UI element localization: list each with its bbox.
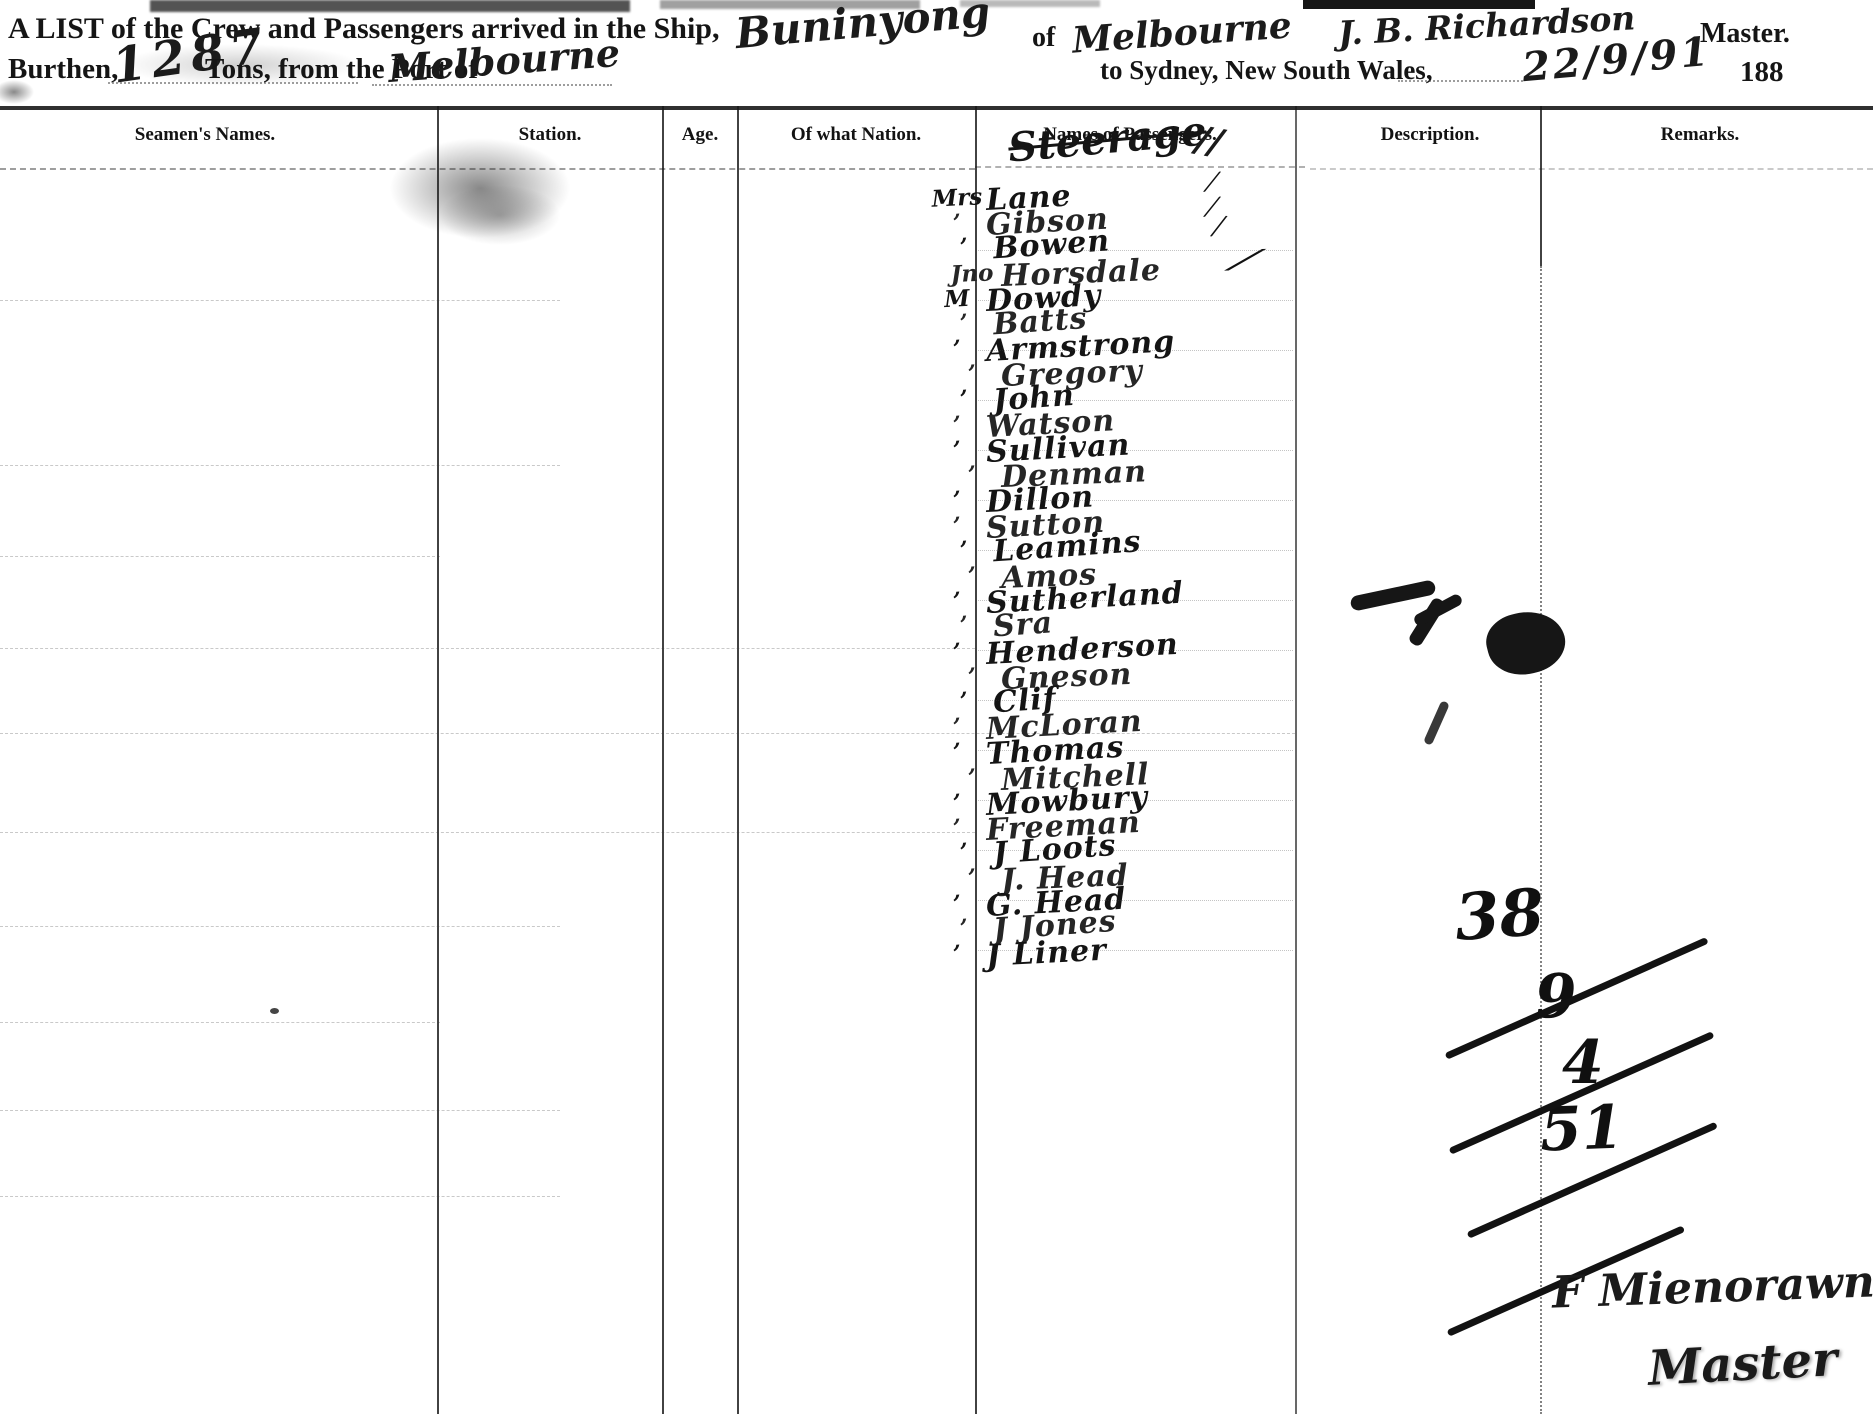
passenger-name: J Liner [985, 933, 1108, 974]
faint-row-rule [0, 926, 560, 927]
passenger-row-rule [978, 250, 1293, 251]
scan-smudge-top [150, 0, 630, 12]
steerage-heading-handwritten: Steerage [1006, 107, 1208, 171]
passenger-row-rule [978, 550, 1293, 551]
column-header-seamen-s-names: Seamen's Names. [135, 124, 275, 146]
passenger-check-mark: ∕ [1215, 208, 1222, 245]
scanned-ship-passenger-list-page: A LIST of the Crew and Passengers arrive… [0, 0, 1873, 1414]
scan-smudge-station-column [440, 185, 560, 245]
column-rule-station-age [662, 106, 664, 1414]
faint-row-rule [0, 465, 560, 466]
passenger-row-rule [978, 500, 1293, 501]
signature-handwritten: F Mienorawn [1551, 1256, 1873, 1318]
faint-row-rule [0, 1022, 440, 1023]
faint-row-rule [0, 1110, 560, 1111]
ink-blot [1423, 700, 1450, 746]
passenger-row-rule [978, 950, 1293, 951]
passenger-row-rule [978, 300, 1293, 301]
label-master: Master. [1700, 18, 1790, 50]
passenger-row-rule [978, 650, 1293, 651]
passenger-row-rule [978, 900, 1293, 901]
label-of: of [1032, 22, 1055, 54]
passenger-row-rule [978, 450, 1293, 451]
faint-row-rule [0, 1196, 560, 1197]
column-rule-description-remarks [1540, 106, 1542, 266]
dotted-leader [1398, 80, 1523, 82]
column-header-remarks: Remarks. [1661, 124, 1740, 146]
passenger-prefix: ’ [927, 737, 986, 767]
table-top-rule [0, 106, 1873, 110]
registry-port-handwritten: Melbourne [1071, 4, 1293, 61]
faint-row-rule [0, 300, 560, 301]
column-rule-seamen-station [437, 106, 439, 1414]
passenger-row-rule [978, 400, 1293, 401]
label-destination: to Sydney, New South Wales, [1100, 55, 1433, 86]
column-rule-age-nation [737, 106, 739, 1414]
passenger-row-rule [978, 600, 1293, 601]
ink-blot [1481, 603, 1572, 682]
passenger-prefix: ’ [934, 232, 994, 263]
passenger-row-rule [978, 800, 1293, 801]
ship-name-handwritten: Buninyong [733, 0, 992, 58]
printed-year-188: 188 [1740, 56, 1784, 89]
passenger-row-rule [978, 850, 1293, 851]
passenger-row-rule [978, 700, 1293, 701]
column-rule-description-remarks-dotted [1540, 266, 1542, 1414]
faint-row-rule [0, 556, 440, 557]
passenger-row-rule [978, 350, 1293, 351]
column-header-age: Age. [682, 124, 718, 146]
signature-role-master-handwritten: Master [1647, 1331, 1839, 1397]
steerage-check-marks: ∕∕ [1193, 118, 1226, 164]
tally-number: 38 [1452, 875, 1546, 956]
small-ink-speck [270, 1008, 279, 1014]
column-header-of-what-nation: Of what Nation. [791, 124, 921, 146]
faint-row-rule [0, 648, 975, 649]
faint-row-rule [0, 832, 975, 833]
passenger-row-rule [978, 750, 1293, 751]
passenger-prefix: ’ [927, 939, 986, 969]
label-burthen: Burthen, [8, 53, 118, 86]
header-underline [1310, 168, 1873, 170]
column-header-description: Description. [1381, 124, 1480, 146]
